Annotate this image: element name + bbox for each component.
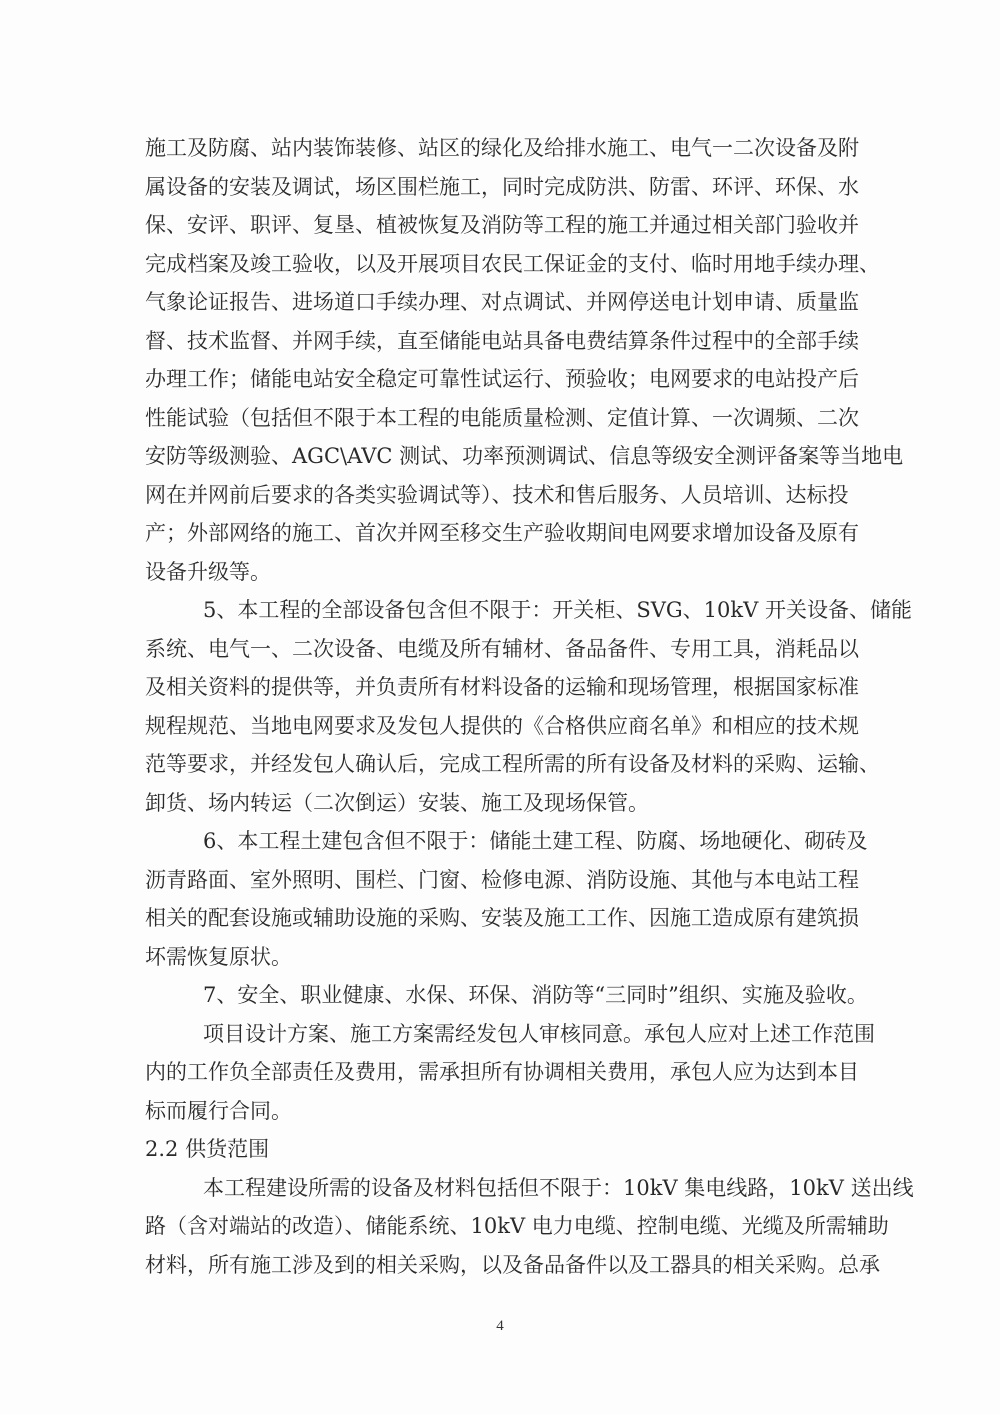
text-line: 办理工作；储能电站安全稳定可靠性试运行、预验收；电网要求的电站投产后 (145, 360, 845, 399)
text-line: 相关的配套设施或辅助设施的采购、安装及施工工作、因施工造成原有建筑损 (145, 899, 845, 938)
text-line: 卸货、场内转运（二次倒运）安装、施工及现场保管。 (145, 784, 845, 823)
paragraph-start: 项目设计方案、施工方案需经发包人审核同意。承包人应对上述工作范围 (145, 1015, 845, 1054)
text-line: 设备升级等。 (145, 553, 845, 592)
text-line: 属设备的安装及调试，场区围栏施工，同时完成防洪、防雷、环评、环保、水 (145, 168, 845, 207)
text-line: 保、安评、职评、复垦、植被恢复及消防等工程的施工并通过相关部门验收并 (145, 206, 845, 245)
text-line: 标而履行合同。 (145, 1092, 845, 1131)
text-line: 规程规范、当地电网要求及发包人提供的《合格供应商名单》和相应的技术规 (145, 707, 845, 746)
text-line: 范等要求，并经发包人确认后，完成工程所需的所有设备及材料的采购、运输、 (145, 745, 845, 784)
paragraph-start: 本工程建设所需的设备及材料包括但不限于：10kV 集电线路，10kV 送出线 (145, 1169, 845, 1208)
text-line: 材料，所有施工涉及到的相关采购，以及备品备件以及工器具的相关采购。总承 (145, 1246, 845, 1285)
text-line: 路（含对端站的改造）、储能系统、10kV 电力电缆、控制电缆、光缆及所需辅助 (145, 1207, 845, 1246)
page-number: 4 (0, 1318, 1000, 1335)
list-item-6: 6、本工程土建包含但不限于：储能土建工程、防腐、场地硬化、砌砖及 (145, 822, 845, 861)
text-line: 及相关资料的提供等，并负责所有材料设备的运输和现场管理，根据国家标准 (145, 668, 845, 707)
list-item-7: 7、安全、职业健康、水保、环保、消防等“三同时”组织、实施及验收。 (145, 976, 845, 1015)
text-line: 产；外部网络的施工、首次并网至移交生产验收期间电网要求增加设备及原有 (145, 514, 845, 553)
document-body: 施工及防腐、站内装饰装修、站区的绿化及给排水施工、电气一二次设备及附 属设备的安… (145, 129, 845, 1284)
list-item-5: 5、本工程的全部设备包含但不限于：开关柜、SVG、10kV 开关设备、储能 (145, 591, 845, 630)
text-line: 内的工作负全部责任及费用，需承担所有协调相关费用，承包人应为达到本目 (145, 1053, 845, 1092)
text-line: 气象论证报告、进场道口手续办理、对点调试、并网停送电计划申请、质量监 (145, 283, 845, 322)
text-line: 网在并网前后要求的各类实验调试等）、技术和售后服务、人员培训、达标投 (145, 476, 845, 515)
text-line: 系统、电气一、二次设备、电缆及所有辅材、备品备件、专用工具，消耗品以 (145, 630, 845, 669)
text-line: 督、技术监督、并网手续，直至储能电站具备电费结算条件过程中的全部手续 (145, 322, 845, 361)
text-line: 安防等级测验、AGC\AVC 测试、功率预测调试、信息等级安全测评备案等当地电 (145, 437, 845, 476)
text-line: 性能试验（包括但不限于本工程的电能质量检测、定值计算、一次调频、二次 (145, 399, 845, 438)
section-heading: 2.2 供货范围 (145, 1130, 845, 1169)
document-page: 施工及防腐、站内装饰装修、站区的绿化及给排水施工、电气一二次设备及附 属设备的安… (0, 0, 1000, 1414)
text-line: 沥青路面、室外照明、围栏、门窗、检修电源、消防设施、其他与本电站工程 (145, 861, 845, 900)
text-line: 坏需恢复原状。 (145, 938, 845, 977)
text-line: 施工及防腐、站内装饰装修、站区的绿化及给排水施工、电气一二次设备及附 (145, 129, 845, 168)
text-line: 完成档案及竣工验收，以及开展项目农民工保证金的支付、临时用地手续办理、 (145, 245, 845, 284)
